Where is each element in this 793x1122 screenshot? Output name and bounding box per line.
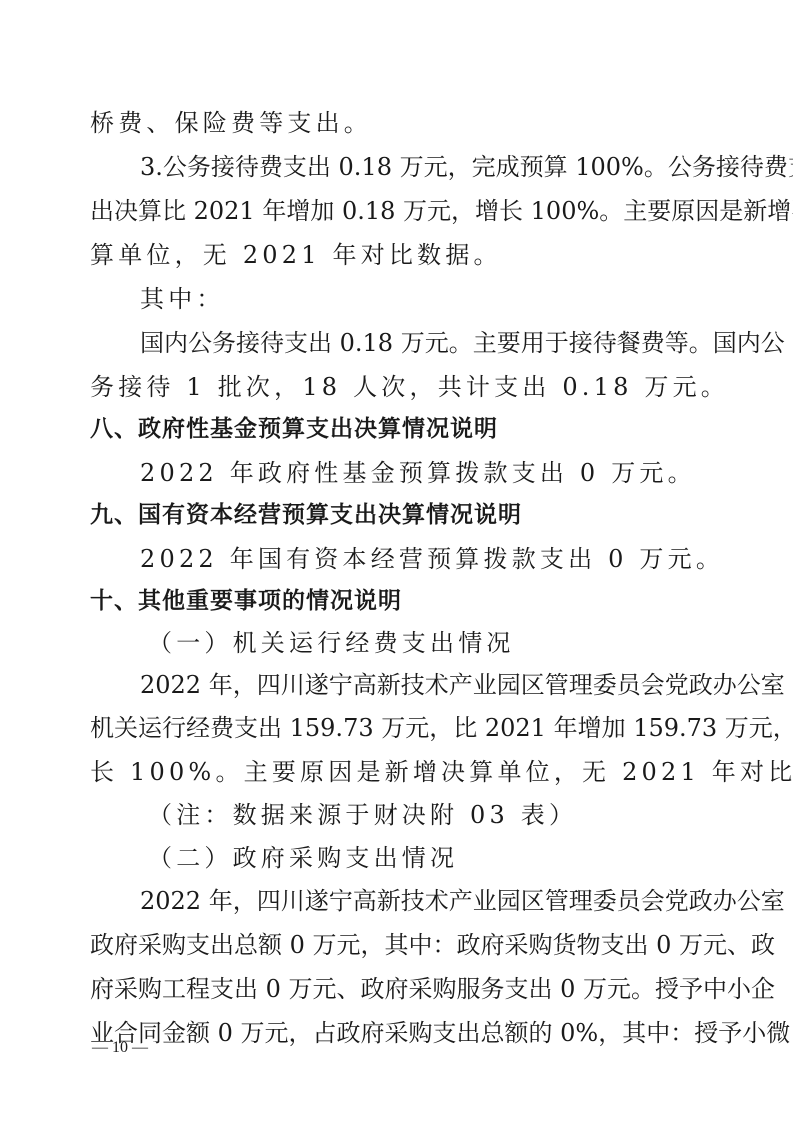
section-heading-10: 十、其他重要事项的情况说明 [90, 586, 402, 616]
paragraph-line: 算单位，无 2021 年对比数据。 [90, 240, 502, 270]
page-number: — 10 — [92, 1038, 148, 1058]
paragraph-line: 务接待 1 批次，18 人次，共计支出 0.18 万元。 [90, 372, 729, 402]
paragraph-line: 业合同金额 0 万元，占政府采购支出总额的 0%，其中：授予小微 [90, 1018, 706, 1048]
paragraph-line: 府采购工程支出 0 万元、政府采购服务支出 0 万元。授予中小企 [90, 974, 706, 1004]
paragraph-line: 桥费、保险费等支出。 [90, 108, 372, 138]
paragraph-line: 出决算比 2021 年增加 0.18 万元，增长 100%。主要原因是新增决 [90, 196, 706, 226]
paragraph-line: 2022 年，四川遂宁高新技术产业园区管理委员会党政办公室 [140, 886, 706, 916]
paragraph-line: 3.公务接待费支出 0.18 万元，完成预算 100%。公务接待费支 [140, 152, 706, 182]
section-heading-8: 八、政府性基金预算支出决算情况说明 [90, 414, 498, 444]
paragraph-line: 2022 年政府性基金预算拨款支出 0 万元。 [140, 458, 696, 488]
paragraph-line: 2022 年，四川遂宁高新技术产业园区管理委员会党政办公室 [140, 670, 706, 700]
note-line: （注：数据来源于财决附 03 表） [148, 800, 577, 830]
paragraph-line: 政府采购支出总额 0 万元，其中：政府采购货物支出 0 万元、政 [90, 930, 706, 960]
paragraph-line: 国内公务接待支出 0.18 万元。主要用于接待餐费等。国内公 [140, 328, 706, 358]
paragraph-line: 长 100%。主要原因是新增决算单位，无 2021 年对比数据。 [90, 757, 793, 787]
paragraph-line: 2022 年国有资本经营预算拨款支出 0 万元。 [140, 544, 724, 574]
paragraph-line: 其中： [140, 284, 225, 314]
subsection-heading-2: （二）政府采购支出情况 [148, 843, 458, 873]
section-heading-9: 九、国有资本经营预算支出决算情况说明 [90, 500, 522, 530]
subsection-heading-1: （一）机关运行经费支出情况 [148, 628, 515, 658]
paragraph-line: 机关运行经费支出 159.73 万元，比 2021 年增加 159.73 万元，… [90, 713, 706, 743]
